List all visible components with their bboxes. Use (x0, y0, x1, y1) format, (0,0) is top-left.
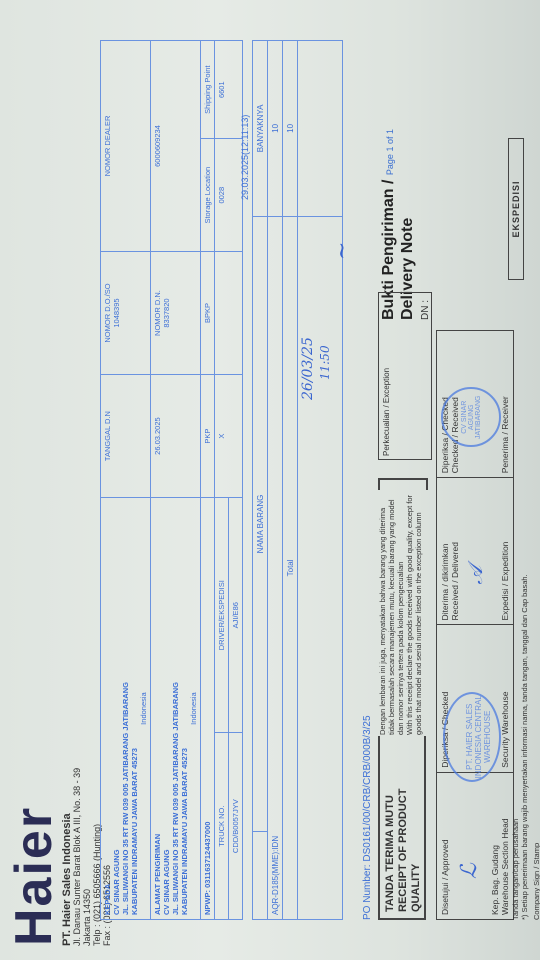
truck-driver-table: TRUCK NO. DRIVER/EKSPEDISI CDD/B0057JYV … (215, 498, 242, 919)
sign-checked-b2: Security Warehouse (500, 692, 510, 768)
bpkp-value (215, 252, 243, 375)
delivery-note-sheet: Haier PT. Haier Sales Indonesia Jl. Dana… (0, 0, 540, 960)
receipt-text-id: Dengan lembaran ini juga, menyatakan bah… (378, 495, 405, 735)
copy-label: EKSPEDISI (508, 138, 524, 280)
col-banyaknya: BANYAKNYA (253, 41, 268, 217)
sign-checked-bottom: Security Warehouse (500, 692, 510, 768)
kepada-cell: KEPADA CV SINAR AGUNG JL. SILIWANGI NO 3… (101, 498, 151, 920)
driver-label: DRIVER/EKSPEDISI (215, 498, 229, 733)
signature-approved: ℒ (457, 863, 482, 879)
address-line1: Jl. Danau Sunter Barat Blok A III, No. 3… (72, 768, 82, 946)
total-value: 10 (283, 41, 298, 217)
shipping-label: Shipping Point (201, 41, 215, 139)
page-indicator: Page 1 of 1 (385, 129, 395, 175)
storage-value: 0028 (215, 139, 243, 252)
haier-logo: Haier (4, 806, 64, 946)
note-id: *) Setiap penerimaan barang wajib menyer… (521, 574, 530, 920)
alamat-cell: ALAMAT PENGIRIMAN CV SINAR AGUNG JL. SIL… (151, 498, 201, 920)
handwritten-date: 26/03/25 (300, 337, 316, 400)
warehouse-stamp: PT. HAIER SALES INDONESIA CENTRAL WAREHO… (443, 692, 501, 782)
footer-notes: Tanda tangan/cap perusahaan *) Setiap pe… (512, 574, 540, 920)
alamat-addr1: JL. SILIWANGI NO 35 RT RW 039 005 JATIBA… (171, 502, 180, 915)
kepada-addr1: JL. SILIWANGI NO 35 RT RW 039 005 JATIBA… (121, 502, 130, 915)
sign-approved-b2: Warehouse Section Head (500, 818, 510, 915)
handwritten-time: 11:50 (318, 345, 332, 380)
exception-box: Perkecualian / Exception (378, 292, 432, 460)
nomor-do-header: NOMOR D.O./SO 1048395 (101, 252, 151, 375)
nomor-dn-label: NOMOR D.N. (153, 256, 162, 370)
storage-label: Storage Location (201, 139, 215, 252)
sign-approved-bottom: Kep. Bag. Gudang Warehouse Section Head (490, 818, 510, 915)
receipt-title-en: RECEIPT OF PRODUCT QUALITY (397, 742, 423, 912)
printed-timestamp: 29.03.2025(12:11:13) (240, 115, 250, 200)
receipt-bracket (378, 478, 428, 490)
address-line2: Jakarta 14350 (82, 768, 92, 946)
kepada-country: Indonesia (139, 502, 148, 915)
sign-delivered: Diterima / dikirimkan Received / Deliver… (437, 478, 514, 625)
sign-approved: Disetujui / Approved Kep. Bag. Gudang Wa… (437, 772, 514, 919)
receipt-title: TANDA TERIMA MUTU RECEIPT OF PRODUCT QUA… (378, 736, 426, 920)
sign-receiver-b2: Penerima / Receiver (500, 396, 510, 473)
item-name: AQR-D185(MME):IDN (268, 216, 283, 919)
nomor-dn-value: 8337820 (162, 256, 171, 370)
company-name: PT. Haier Sales Indonesia (62, 768, 72, 946)
kepada-addr2: KABUPATEN INDRAMAYU JAWA BARAT 45273 (130, 502, 139, 915)
tanggal-value: 26.03.2025 (151, 375, 201, 498)
driver-value: AJI/E86 (229, 498, 243, 733)
receipt-title-id: TANDA TERIMA MUTU (384, 742, 397, 912)
npwp: NPWP: 0311637124437000 (201, 498, 215, 920)
items-table: NAMA BARANG BANYAKNYA AQR-D185(MME):IDN … (252, 40, 343, 920)
total-label: Total (283, 216, 298, 919)
items-blank (298, 216, 343, 919)
truck-driver-cell: TRUCK NO. DRIVER/EKSPEDISI CDD/B0057JYV … (215, 498, 243, 920)
truck-value: CDD/B0057JYV (229, 733, 243, 919)
truck-label: TRUCK NO. (215, 733, 229, 919)
sign-delivered-bottom: Expedisi / Expedition (500, 542, 510, 621)
bpkp-label: BPKP (201, 252, 215, 375)
signature-expedition: 𝒜 (463, 566, 487, 585)
alamat-name: CV SINAR AGUNG (162, 502, 171, 915)
nomor-dealer-value: 6000609234 (151, 41, 201, 252)
receipt-text: Dengan lembaran ini juga, menyatakan bah… (378, 495, 423, 735)
items-spacer (253, 832, 268, 920)
items-blank-qty (298, 41, 343, 217)
handwritten-signature: ~ (330, 242, 355, 260)
pkp-value: X (215, 375, 243, 498)
sign-delivered-top: Diterima / dikirimkan (440, 482, 450, 620)
note-company-stamp-en: Company Sign / Stamp (533, 574, 540, 920)
pkp-label: PKP (201, 375, 215, 498)
sign-receiver: Diperiksa / Checked Checked / Received P… (437, 331, 514, 478)
nomor-do-value: 1048395 (112, 256, 121, 370)
kepada-name: CV SINAR AGUNG (112, 502, 121, 915)
sign-approved-top: Disetujui / Approved (440, 777, 450, 915)
sign-delivered-top2: Received / Delivered (450, 482, 460, 620)
tanggal-header: TANGGAL D.N (101, 375, 151, 498)
table-row: AQR-D185(MME):IDN 10 (268, 41, 283, 920)
sign-delivered-b2: Expedisi / Expedition (500, 542, 510, 621)
receipt-text-en: With this receipt declare the goods rece… (405, 495, 423, 735)
nomor-do-label: NOMOR D.O./SO (103, 256, 112, 370)
sign-checked: Diperiksa / Checked Security Warehouse P… (437, 625, 514, 772)
shipping-value: 6601 (215, 41, 243, 139)
signature-table: Disetujui / Approved Kep. Bag. Gudang Wa… (436, 330, 514, 920)
po-number: PO Number: DS0161/00/CRB/CRB/000B/3/25 (362, 715, 373, 920)
item-qty: 10 (268, 41, 283, 217)
sign-receiver-bottom: Penerima / Receiver (500, 396, 510, 473)
alamat-label: ALAMAT PENGIRIMAN (153, 502, 162, 915)
nomor-dn-cell: NOMOR D.N. 8337820 (151, 252, 201, 375)
delivery-info-table: KEPADA CV SINAR AGUNG JL. SILIWANGI NO 3… (100, 40, 243, 920)
receiver-stamp: CV SINAR AGUNG JATIBARANG (441, 387, 501, 447)
document-photo: Haier PT. Haier Sales Indonesia Jl. Dana… (0, 0, 540, 960)
alamat-addr2: KABUPATEN INDRAMAYU JAWA BARAT 45273 (180, 502, 189, 915)
alamat-country: Indonesia (189, 502, 198, 915)
sign-approved-b1: Kep. Bag. Gudang (490, 818, 500, 915)
col-nama-barang: NAMA BARANG (253, 216, 268, 831)
kepada-label: KEPADA (103, 502, 112, 915)
nomor-dealer-header: NOMOR DEALER (101, 41, 151, 252)
